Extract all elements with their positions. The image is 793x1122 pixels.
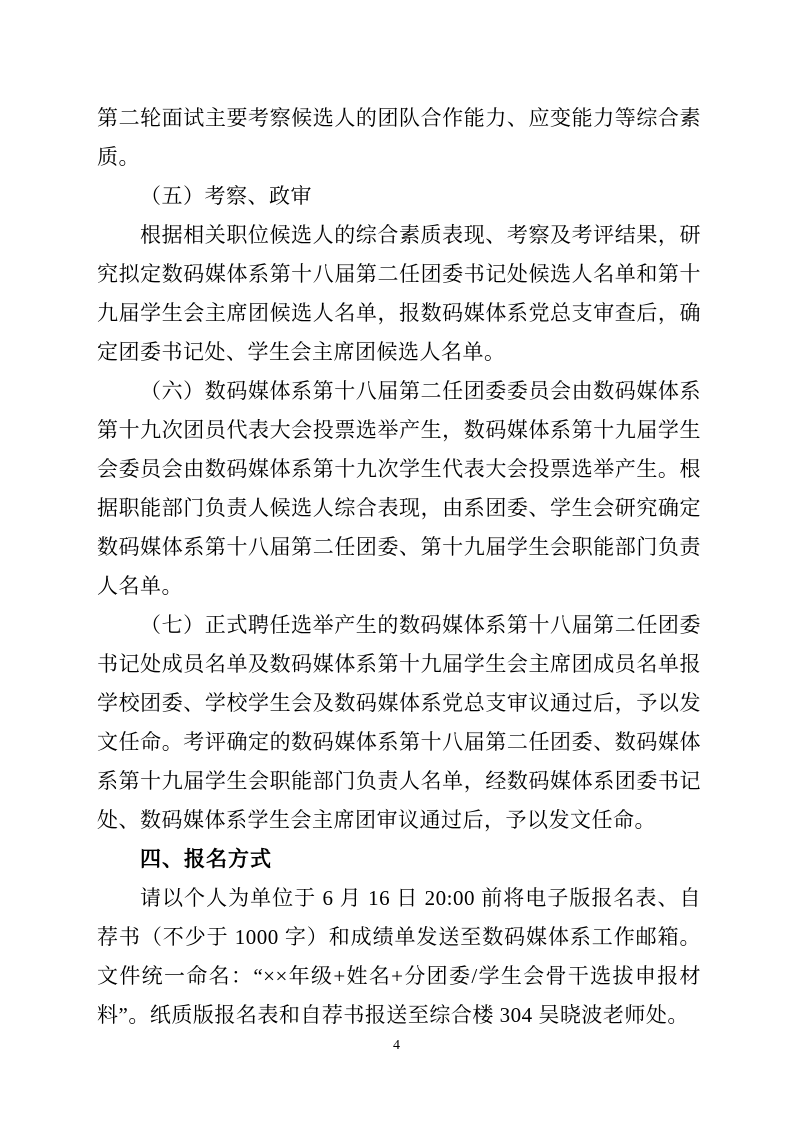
paragraph-section5-body: 根据相关职位候选人的综合素质表现、考察及考评结果，研究拟定数码媒体系第十八届第二… — [97, 216, 701, 372]
paragraph-section7-body: （七）正式聘任选举产生的数码媒体系第十八届第二任团委书记处成员名单及数码媒体系第… — [97, 606, 701, 840]
paragraph-interview-round2: 第二轮面试主要考察候选人的团队合作能力、应变能力等综合素质。 — [97, 99, 701, 177]
paragraph-signup-instructions: 请以个人为单位于 6 月 16 日 20:00 前将电子版报名表、自荐书（不少于… — [97, 879, 701, 1035]
paragraph-section5-title: （五）考察、政审 — [97, 177, 701, 216]
document-content: 第二轮面试主要考察候选人的团队合作能力、应变能力等综合素质。 （五）考察、政审 … — [97, 99, 701, 1035]
page-number: 4 — [393, 1038, 400, 1053]
document-page: 第二轮面试主要考察候选人的团队合作能力、应变能力等综合素质。 （五）考察、政审 … — [0, 0, 793, 1122]
page-footer: 4 — [0, 1036, 793, 1055]
paragraph-section6-body: （六）数码媒体系第十八届第二任团委委员会由数码媒体系第十九次团员代表大会投票选举… — [97, 372, 701, 606]
section-heading-signup-method: 四、报名方式 — [97, 840, 701, 879]
